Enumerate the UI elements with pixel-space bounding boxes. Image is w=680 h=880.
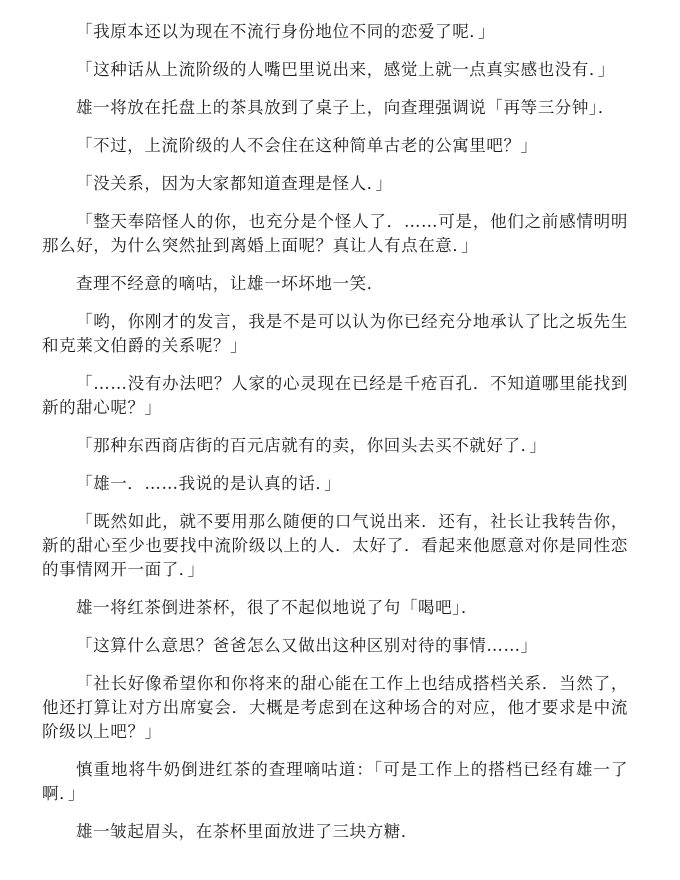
paragraph-11: 「雄一．……我说的是认真的话．」 [42, 472, 628, 496]
paragraph-7: 查理不经意的嘀咕，让雄一坏坏地一笑． [42, 272, 628, 296]
paragraph-16: 慎重地将牛奶倒进红茶的查理嘀咕道：「可是工作上的搭档已经有雄一了啊．」 [42, 758, 628, 806]
paragraph-10: 「那种东西商店街的百元店就有的卖，你回头去买不就好了．」 [42, 434, 628, 458]
paragraph-8: 「哟，你刚才的发言，我是不是可以认为你已经充分地承认了比之坂先生和克莱文伯爵的关… [42, 310, 628, 358]
paragraph-15: 「社长好像希望你和你将来的甜心能在工作上也结成搭档关系．当然了，他还打算让对方出… [42, 672, 628, 744]
paragraph-4: 「不过，上流阶级的人不会住在这种简单古老的公寓里吧？」 [42, 134, 628, 158]
paragraph-5: 「没关系，因为大家都知道查理是怪人．」 [42, 172, 628, 196]
paragraph-12: 「既然如此，就不要用那么随便的口气说出来．还有，社长让我转告你，新的甜心至少也要… [42, 510, 628, 582]
document-page: 「我原本还以为现在不流行身份地位不同的恋爱了呢．」 「这种话从上流阶级的人嘴巴里… [42, 20, 628, 858]
paragraph-9: 「……没有办法吧？人家的心灵现在已经是千疮百孔．不知道哪里能找到新的甜心呢？」 [42, 372, 628, 420]
paragraph-3: 雄一将放在托盘上的茶具放到了桌子上，向查理强调说「再等三分钟」． [42, 96, 628, 120]
paragraph-13: 雄一将红茶倒进茶杯，很了不起似地说了句「喝吧」． [42, 596, 628, 620]
paragraph-1: 「我原本还以为现在不流行身份地位不同的恋爱了呢．」 [42, 20, 628, 44]
paragraph-14: 「这算什么意思？爸爸怎么又做出这种区别对待的事情……」 [42, 634, 628, 658]
paragraph-2: 「这种话从上流阶级的人嘴巴里说出来，感觉上就一点真实感也没有．」 [42, 58, 628, 82]
paragraph-6: 「整天奉陪怪人的你，也充分是个怪人了．……可是，他们之前感情明明那么好，为什么突… [42, 210, 628, 258]
paragraph-17: 雄一皱起眉头，在茶杯里面放进了三块方糖． [42, 820, 628, 844]
